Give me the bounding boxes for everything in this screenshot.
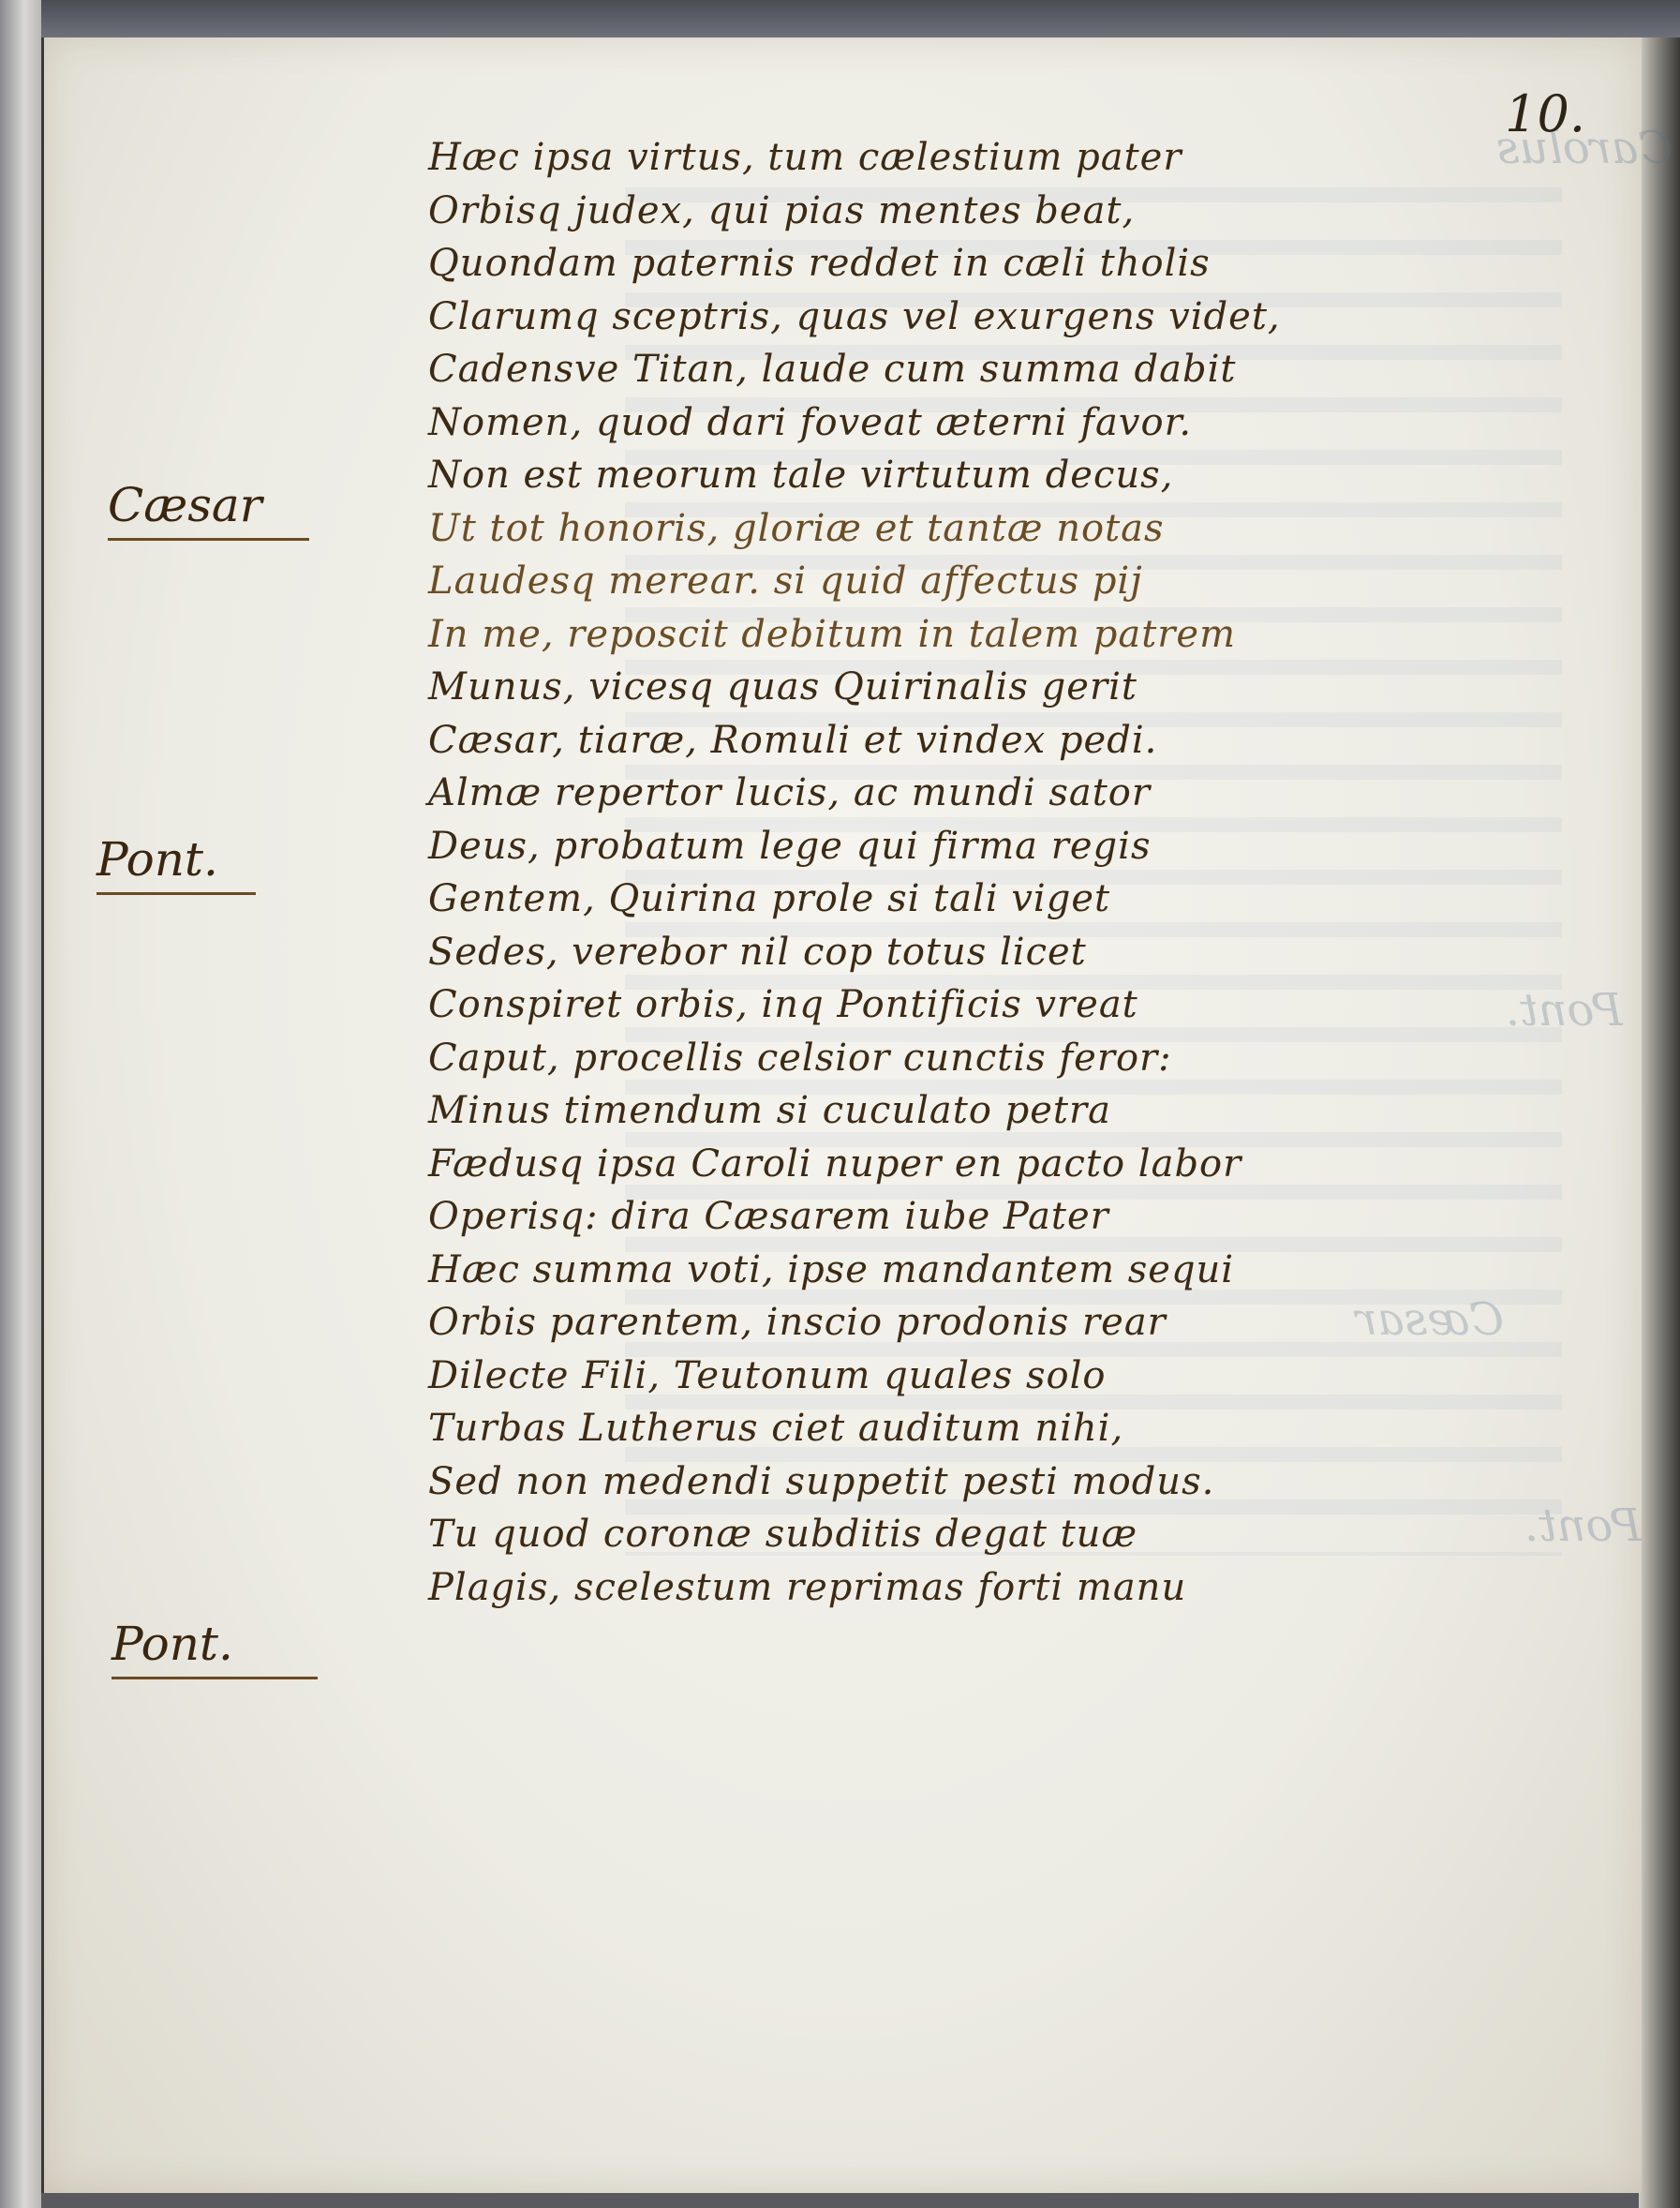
verse-line: Ut tot honoris, gloriæ et tantæ notas (428, 507, 1271, 560)
verse-line: Gentem, Quirina prole si tali viget (428, 877, 1271, 931)
verse-line: Dilecte Fili, Teutonum quales solo (428, 1354, 1271, 1408)
bleed-through-label: Pont. (1506, 984, 1623, 1037)
underline (108, 538, 309, 541)
verse-line: Hæc summa voti, ipse mandantem sequi (428, 1248, 1271, 1302)
verse-line: Operisq: dira Cæsarem iube Pater (428, 1195, 1271, 1248)
manuscript-page: Carolus Pont. Cæsar Pont. 10. Cæsar Pont… (41, 37, 1642, 2193)
verse-line: Sed non medendi suppetit pesti modus. (428, 1460, 1271, 1514)
verse-line: Orbis parentem, inscio prodonis rear (428, 1301, 1271, 1354)
speaker-label: Cæsar (108, 478, 309, 541)
verse-line: Turbas Lutherus ciet auditum nihi, (428, 1407, 1271, 1460)
verse-line: Non est meorum tale virtutum decus, (428, 454, 1271, 507)
verse-line: Sedes, verebor nil cop totus licet (428, 931, 1271, 984)
scan-top-border (41, 0, 1680, 37)
bleed-through-label: Pont. (1524, 1499, 1642, 1552)
speaker-label: Pont. (97, 832, 256, 895)
verse-line: Cæsar, tiaræ, Romuli et vindex pedi. (428, 719, 1271, 772)
folio-number: 10. (1505, 84, 1585, 143)
verse-text: Hæc ipsa virtus, tum cælestium pater Orb… (428, 136, 1271, 1619)
verse-line: Tu quod coronæ subditis degat tuæ (428, 1513, 1271, 1566)
verse-line: Cadensve Titan, laude cum summa dabit (428, 348, 1271, 401)
verse-line: Conspiret orbis, inq Pontificis vreat (428, 983, 1271, 1037)
underline (97, 892, 256, 895)
verse-line: Minus timendum si cuculato petra (428, 1089, 1271, 1142)
verse-line: Plagis, scelestum reprimas forti manu (428, 1566, 1271, 1619)
verse-line: Nomen, quod dari foveat æterni favor. (428, 401, 1271, 455)
verse-line: Fædusq ipsa Caroli nuper en pacto labor (428, 1142, 1271, 1196)
verse-line: Clarumq sceptris, quas vel exurgens vide… (428, 295, 1271, 349)
verse-line: Almæ repertor lucis, ac mundi sator (428, 771, 1271, 825)
verse-line: Deus, probatum lege qui firma regis (428, 825, 1271, 878)
page-stack-edge (1639, 37, 1680, 2208)
verse-line: In me, reposcit debitum in talem patrem (428, 613, 1271, 666)
verse-line: Laudesq merear. si quid affectus pij (428, 559, 1271, 613)
verse-line: Caput, procellis celsior cunctis feror: (428, 1037, 1271, 1090)
verse-line: Munus, vicesq quas Quirinalis gerit (428, 665, 1271, 719)
underline (112, 1677, 318, 1679)
verse-line: Hæc ipsa virtus, tum cælestium pater (428, 136, 1271, 189)
verse-line: Quondam paternis reddet in cæli tholis (428, 242, 1271, 295)
bleed-through-label: Cæsar (1356, 1293, 1504, 1346)
speaker-label: Pont. (112, 1617, 318, 1679)
verse-line: Orbisq judex, qui pias mentes beat, (428, 189, 1271, 243)
previous-page-edge (0, 0, 41, 2208)
